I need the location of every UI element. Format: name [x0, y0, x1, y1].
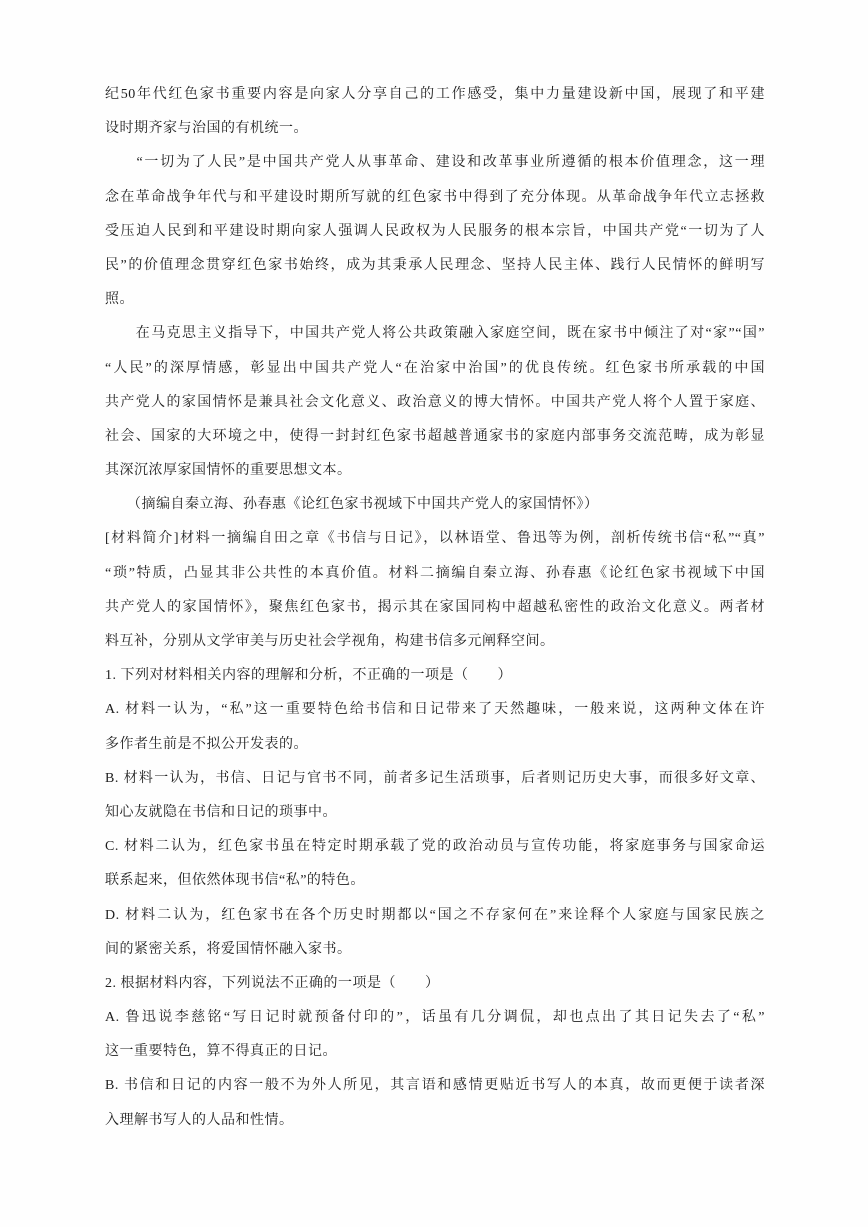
text-line: A. 材料一认为，“私”这一重要特色给书信和日记带来了天然趣味，一般来说，这两种… — [105, 693, 765, 727]
text-line: 联系起来，但依然体现书信“私”的特色。 — [105, 864, 765, 898]
text-line: 2. 根据材料内容，下列说法不正确的一项是（ ） — [105, 967, 765, 1001]
question-1-option-b: B. 材料一认为，书信、日记与官书不同，前者多记生活琐事，后者则记历史大事，而很… — [105, 762, 765, 830]
text-line: “一切为了人民”是中国共产党人从事革命、建设和改革事业所遵循的根本价值理念，这一… — [105, 146, 765, 180]
text-line: A. 鲁迅说李慈铭“写日记时就预备付印的”，话虽有几分调侃，却也点出了其日记失去… — [105, 1001, 765, 1035]
paragraph-family-country: 在马克思主义指导下，中国共产党人将公共政策融入家庭空间，既在家书中倾注了对“家”… — [105, 317, 765, 488]
question-2-stem: 2. 根据材料内容，下列说法不正确的一项是（ ） — [105, 967, 765, 1001]
text-line: 民”的价值理念贯穿红色家书始终，成为其秉承人民理念、坚持人民主体、践行人民情怀的… — [105, 249, 765, 283]
paragraph-continuation: 纪50年代红色家书重要内容是向家人分享自己的工作感受，集中力量建设新中国，展现了… — [105, 78, 765, 146]
text-line: 料互补，分别从文学审美与历史社会学视角，构建书信多元阐释空间。 — [105, 625, 765, 659]
text-line: 社会、国家的大环境之中，使得一封封红色家书超越普通家书的家庭内部事务交流范畴，成… — [105, 420, 765, 454]
question-2-option-a: A. 鲁迅说李慈铭“写日记时就预备付印的”，话虽有几分调侃，却也点出了其日记失去… — [105, 1001, 765, 1069]
question-1-stem: 1. 下列对材料相关内容的理解和分析，不正确的一项是（ ） — [105, 659, 765, 693]
text-line: 间的紧密关系，将爱国情怀融入家书。 — [105, 933, 765, 967]
text-line: （摘编自秦立海、孙春惠《论红色家书视域下中国共产党人的家国情怀》） — [105, 488, 765, 522]
text-line: D. 材料二认为，红色家书在各个历史时期都以“国之不存家何在”来诠释个人家庭与国… — [105, 899, 765, 933]
text-line: 这一重要特色，算不得真正的日记。 — [105, 1035, 765, 1069]
text-line: 1. 下列对材料相关内容的理解和分析，不正确的一项是（ ） — [105, 659, 765, 693]
text-line: 纪50年代红色家书重要内容是向家人分享自己的工作感受，集中力量建设新中国，展现了… — [105, 78, 765, 112]
document-text: 纪50年代红色家书重要内容是向家人分享自己的工作感受，集中力量建设新中国，展现了… — [105, 78, 765, 1138]
text-line: 知心友就隐在书信和日记的琐事中。 — [105, 796, 765, 830]
text-line: B. 材料一认为，书信、日记与官书不同，前者多记生活琐事，后者则记历史大事，而很… — [105, 762, 765, 796]
question-1-option-c: C. 材料二认为，红色家书虽在特定时期承载了党的政治动员与宣传功能，将家庭事务与… — [105, 830, 765, 898]
text-line: 设时期齐家与治国的有机统一。 — [105, 112, 765, 146]
text-line: 共产党人的家国情怀是兼具社会文化意义、政治意义的博大情怀。中国共产党人将个人置于… — [105, 386, 765, 420]
text-line: 照。 — [105, 283, 765, 317]
question-1-option-a: A. 材料一认为，“私”这一重要特色给书信和日记带来了天然趣味，一般来说，这两种… — [105, 693, 765, 761]
document-page: 纪50年代红色家书重要内容是向家人分享自己的工作感受，集中力量建设新中国，展现了… — [0, 0, 868, 1227]
text-line: “人民”的深厚情感，彰显出中国共产党人“在治家中治国”的优良传统。红色家书所承载… — [105, 352, 765, 386]
text-line: 共产党人的家国情怀》，聚焦红色家书，揭示其在家国同构中超越私密性的政治文化意义。… — [105, 591, 765, 625]
text-line: C. 材料二认为，红色家书虽在特定时期承载了党的政治动员与宣传功能，将家庭事务与… — [105, 830, 765, 864]
text-line: B. 书信和日记的内容一般不为外人所见，其言语和感情更贴近书写人的本真，故而更便… — [105, 1069, 765, 1103]
text-line: [材料简介]材料一摘编自田之章《书信与日记》，以林语堂、鲁迅等为例，剖析传统书信… — [105, 522, 765, 556]
text-line: 念在革命战争年代与和平建设时期所写就的红色家书中得到了充分体现。从革命战争年代立… — [105, 181, 765, 215]
source-citation: （摘编自秦立海、孙春惠《论红色家书视域下中国共产党人的家国情怀》） — [105, 488, 765, 522]
text-line: “琐”特质，凸显其非公共性的本真价值。材料二摘编自秦立海、孙春惠《论红色家书视域… — [105, 557, 765, 591]
text-line: 入理解书写人的人品和性情。 — [105, 1104, 765, 1138]
text-line: 在马克思主义指导下，中国共产党人将公共政策融入家庭空间，既在家书中倾注了对“家”… — [105, 317, 765, 351]
material-summary: [材料简介]材料一摘编自田之章《书信与日记》，以林语堂、鲁迅等为例，剖析传统书信… — [105, 522, 765, 659]
text-line: 受压迫人民到和平建设时期向家人强调人民政权为人民服务的根本宗旨，中国共产党“一切… — [105, 215, 765, 249]
text-line: 其深沉浓厚家国情怀的重要思想文本。 — [105, 454, 765, 488]
question-1-option-d: D. 材料二认为，红色家书在各个历史时期都以“国之不存家何在”来诠释个人家庭与国… — [105, 899, 765, 967]
question-2-option-b: B. 书信和日记的内容一般不为外人所见，其言语和感情更贴近书写人的本真，故而更便… — [105, 1069, 765, 1137]
paragraph-people-value: “一切为了人民”是中国共产党人从事革命、建设和改革事业所遵循的根本价值理念，这一… — [105, 146, 765, 317]
text-line: 多作者生前是不拟公开发表的。 — [105, 728, 765, 762]
